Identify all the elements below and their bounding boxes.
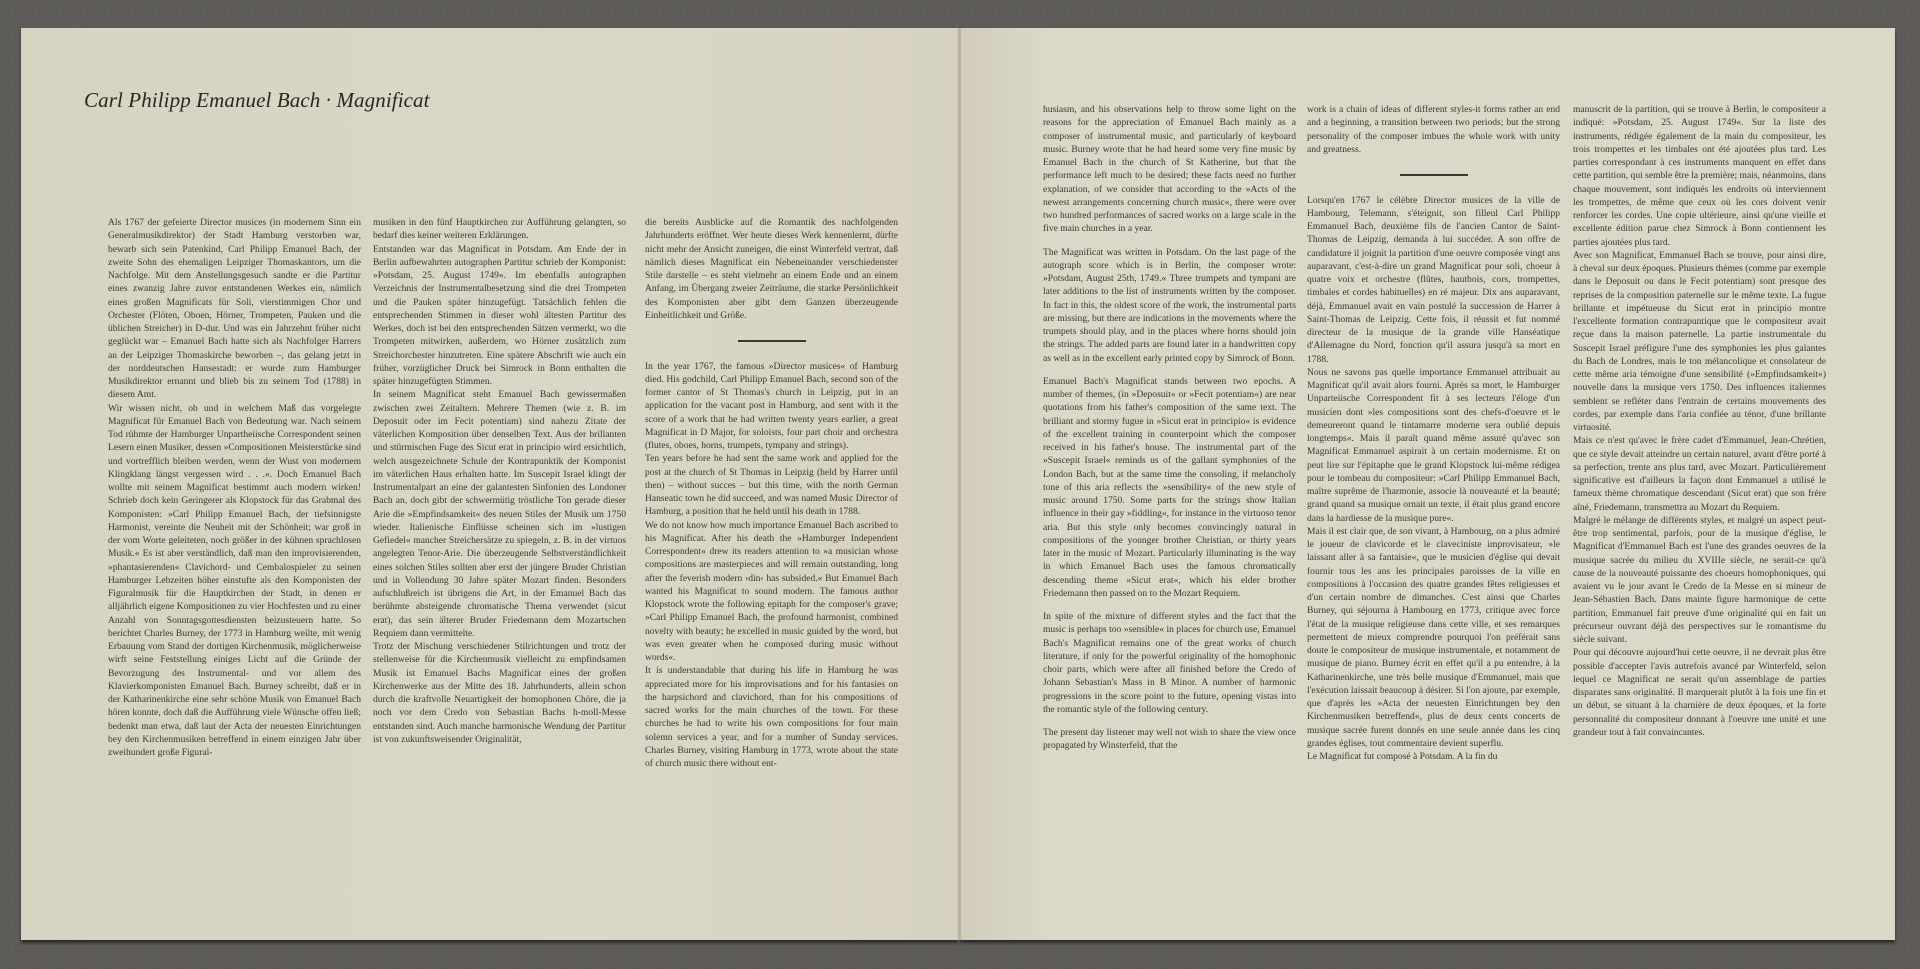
paragraph: The present day listener may well not wi… [1043,726,1296,753]
paragraph: Pour qui découvre aujourd'hui cette oeuv… [1573,646,1826,739]
german-column-2: musiken in den fünf Hauptkirchen zur Auf… [373,216,626,746]
french-column: manuscrit de la partition, qui se trouve… [1573,103,1826,739]
paragraph: Trotz der Mischung verschiedener Stilric… [373,640,626,746]
section-divider [738,340,806,342]
paragraph: Avec son Magnificat, Emmanuel Bach se tr… [1573,249,1826,435]
paragraph: husiasm, and his observations help to th… [1043,103,1296,236]
paragraph: musiken in den fünf Hauptkirchen zur Auf… [373,216,626,243]
paragraph: Emanuel Bach's Magnificat stands between… [1043,375,1296,600]
german-english-column: die bereits Ausblicke auf die Romantik d… [645,216,898,770]
paragraph: In seinem Magnificat steht Emanuel Bach … [373,388,626,640]
page-fold [958,28,961,940]
paragraph: Mais ce n'est qu'avec le frère cadet d'E… [1573,434,1826,514]
paragraph: Nous ne savons pas quelle importance Emm… [1307,366,1560,525]
paragraph: Ten years before he had sent the same wo… [645,452,898,518]
paragraph: Mais il est clair que, de son vivant, à … [1307,525,1560,750]
paragraph: Wir wissen nicht, ob und in welchem Maß … [108,402,361,760]
paragraph: manuscrit de la partition, qui se trouve… [1573,103,1826,249]
paragraph: The Magnificat was written in Potsdam. O… [1043,246,1296,365]
paragraph: Als 1767 der gefeierte Director musices … [108,216,361,402]
paragraph: Malgré le mélange de différents styles, … [1573,514,1826,647]
document-title: Carl Philipp Emanuel Bach · Magnificat [84,88,430,113]
paragraph: Entstanden war das Magnificat in Potsdam… [373,243,626,389]
paragraph: We do not know how much importance Emanu… [645,519,898,665]
paragraph: die bereits Ausblicke auf die Romantik d… [645,216,898,322]
paragraph: It is understandable that during his lif… [645,664,898,770]
section-divider [1400,174,1468,176]
paragraph: work is a chain of ideas of different st… [1307,103,1560,156]
paragraph: Lorsqu'en 1767 le célèbre Director music… [1307,194,1560,366]
paragraph: Le Magnificat fut composé à Potsdam. A l… [1307,750,1560,763]
english-french-column: work is a chain of ideas of different st… [1307,103,1560,763]
paragraph: In the year 1767, the famous »Director m… [645,360,898,453]
german-column-1: Als 1767 der gefeierte Director musices … [108,216,361,759]
paragraph: In spite of the mixture of different sty… [1043,610,1296,716]
english-column: husiasm, and his observations help to th… [1043,103,1296,753]
